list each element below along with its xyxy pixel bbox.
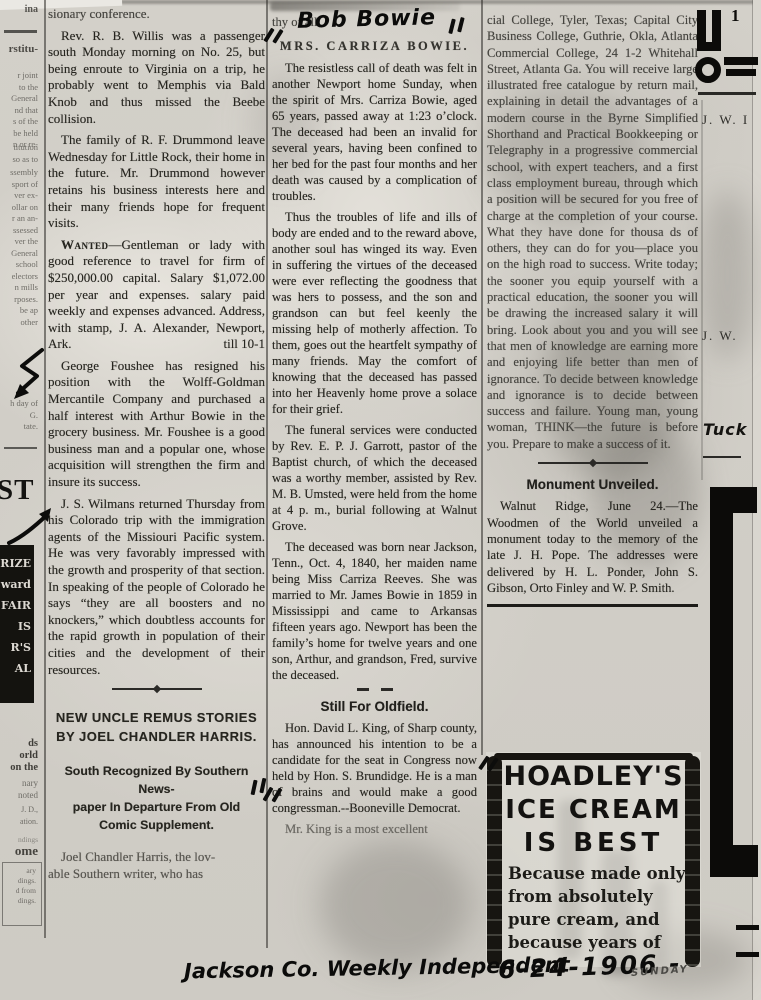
right-margin-rule [703, 456, 741, 458]
column-rule [44, 0, 46, 938]
wanted-lead: Wanted [61, 237, 109, 252]
handwritten-name-annotation: Bob Bowie [297, 5, 437, 34]
left-margin-fragment: ome [0, 845, 38, 857]
section-divider [272, 688, 477, 691]
wanted-run-tag: till 10-1 [223, 336, 265, 353]
left-margin-fragment: ina [0, 4, 38, 16]
left-margin-rule [4, 30, 37, 33]
left-margin-rule [4, 447, 37, 449]
left-margin-fragment: ssembly sport of ver ex- ollar on r an a… [0, 167, 38, 328]
section-divider [48, 683, 265, 695]
left-margin-fragment: J. D., ation. [0, 804, 38, 827]
obituary-paragraph: The deceased was born near Jackson, Tenn… [272, 539, 477, 683]
obituary-paragraph: The resistless call of death was felt in… [272, 60, 477, 204]
left-margin-fragment: h day of G. tate. [0, 398, 38, 433]
article-drummond: The family of R. F. Drummond leave Wedne… [48, 132, 265, 232]
article-willis: Rev. R. B. Willis was a passenger south … [48, 28, 265, 128]
handwritten-tick-mark [481, 755, 495, 772]
monument-headline: Monument Unveiled. [487, 477, 698, 493]
cutoff-line: Mr. King is a most excellent [272, 821, 477, 837]
margin-dash-fragment [736, 925, 759, 930]
cutoff-line: sionary conference. [48, 6, 265, 23]
obituary-headline: MRS. CARRIZA BOWIE. [272, 38, 477, 54]
corner-print-fragment [697, 42, 721, 51]
margin-dash-fragment [736, 952, 759, 957]
obituary-paragraph: Thus the troubles of life and ills of bo… [272, 209, 477, 417]
business-college-ad: cial College, Tyler, Texas; Capital City… [487, 12, 698, 452]
handwritten-tick-mark [449, 17, 463, 34]
remus-subhead: South Recognized By Southern News- paper… [48, 762, 265, 834]
column-2: thy of all. MRS. CARRIZA BOWIE. The resi… [272, 14, 477, 842]
oldfield-headline: Still For Oldfield. [272, 699, 477, 715]
ad-body-text: Because made only from absolutely pure c… [486, 858, 701, 954]
handwritten-tick-mark [266, 27, 280, 44]
margin-bracket-fragment [710, 487, 733, 877]
section-divider [487, 457, 698, 469]
hoadleys-ice-cream-ad: HOADLEY'S ICE CREAM IS BEST Because made… [486, 752, 701, 967]
margin-bracket-fragment [710, 845, 758, 877]
margin-initials: J. W. [702, 328, 738, 344]
right-margin-rule [698, 92, 756, 95]
corner-print-fragment [724, 57, 758, 65]
wanted-body: —Gentleman or lady with good reference t… [48, 237, 265, 352]
left-margin-fragment: titution so as to [0, 142, 38, 165]
ad-title-line: IS BEST [486, 828, 701, 858]
poster-print-fragment: RIZE ward FAIR IS R'S AL [0, 545, 34, 703]
left-margin-fragment: rstitu- [0, 44, 38, 56]
handwritten-tick-mark [265, 786, 279, 802]
st-print-fragment: ST [0, 474, 34, 507]
classified-wanted-ad: Wanted—Gentleman or lady with good refer… [48, 237, 265, 353]
margin-tuck-label: Tuck [703, 420, 747, 439]
column-rule [481, 0, 483, 755]
left-margin-fragment: ds orld on the [0, 738, 38, 774]
newspaper-page-scan: ina rstitu- r joint to the General nd th… [0, 0, 761, 1000]
article-foushee: George Foushee has resigned his position… [48, 358, 265, 491]
article-wilmans: J. S. Wilmans returned Thursday from his… [48, 496, 265, 679]
left-margin-fragment: r joint to the General nd that s of the … [0, 70, 38, 151]
ad-title-line: HOADLEY'S [486, 761, 701, 792]
obituary-paragraph: The funeral services were conducted by R… [272, 422, 477, 534]
remus-headline: NEW UNCLE REMUS STORIES BY JOEL CHANDLER… [48, 708, 265, 746]
handwritten-arrow-icon [4, 345, 50, 401]
remus-article-cutoff: Joel Chandler Harris, the lov- able Sout… [48, 848, 265, 882]
corner-numeral: 1 [731, 6, 740, 26]
oldfield-paragraph: Hon. David L. King, of Sharp county, has… [272, 720, 477, 816]
monument-paragraph: Walnut Ridge, June 24.—The Woodmen of th… [487, 498, 698, 596]
corner-print-fragment [726, 69, 756, 76]
margin-initials: J. W. I [702, 112, 749, 128]
heavy-rule [487, 604, 698, 607]
left-margin-fragment: ary dings. d from dings. [2, 866, 36, 906]
column-rule [266, 0, 268, 948]
handwritten-tick-mark [251, 778, 266, 795]
column-3: cial College, Tyler, Texas; Capital City… [487, 12, 698, 607]
column-1: sionary conference. Rev. R. B. Willis wa… [48, 6, 265, 882]
ad-title-line: ICE CREAM [486, 795, 701, 825]
corner-print-fragment [695, 57, 721, 83]
left-margin-fragment: nary noted [0, 778, 38, 801]
ad-icicle-border-top [494, 753, 693, 760]
